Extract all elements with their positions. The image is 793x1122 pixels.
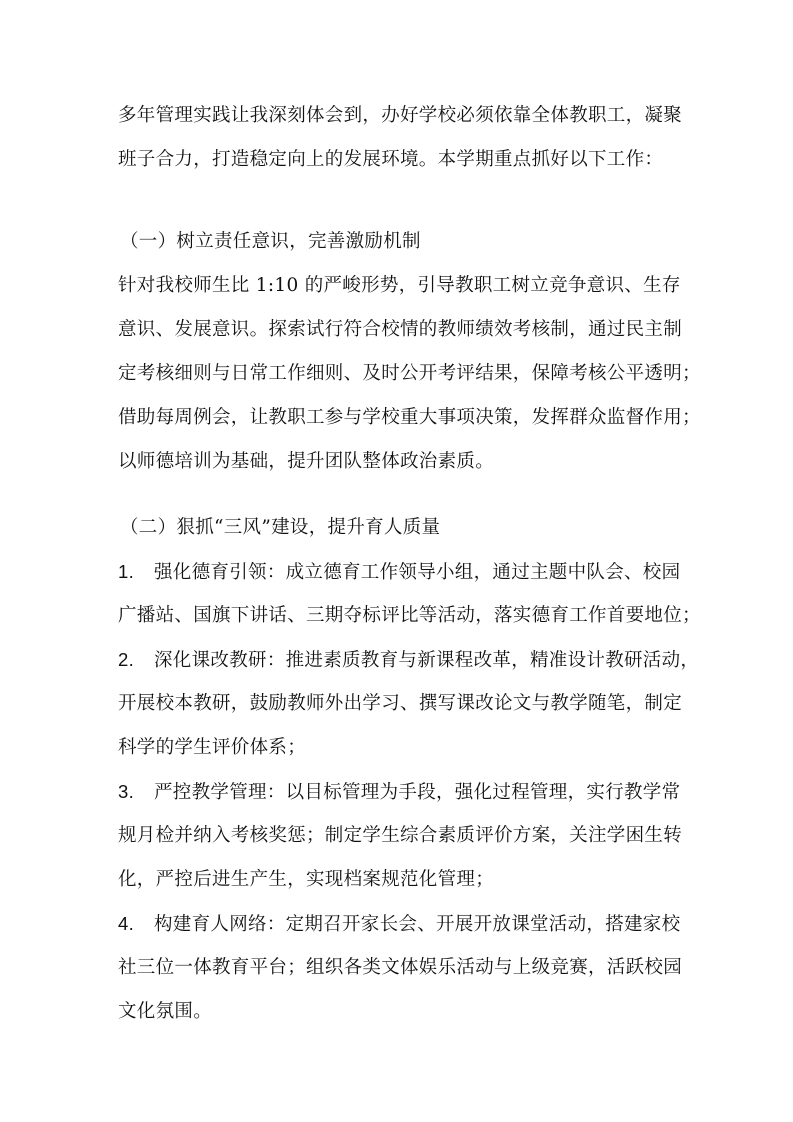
intro-line-1: 多年管理实践让我深刻体会到，办好学校必须依靠全体教职工，凝聚	[118, 104, 678, 128]
list-item-1-line-2: 广播站、国旗下讲话、三期夺标评比等活动，落实德育工作首要地位；	[118, 604, 678, 628]
section-1-heading: （一）树立责任意识，完善激励机制	[120, 230, 680, 254]
document-page: 多年管理实践让我深刻体会到，办好学校必须依靠全体教职工，凝聚 班子合力，打造稳定…	[0, 0, 793, 1122]
list-item-2-number: 2.	[118, 648, 154, 672]
list-item-4-number: 4.	[118, 912, 154, 936]
list-item-2-text-1: 深化课改教研：推进素质教育与新课程改革，精准设计教研活动，	[154, 650, 699, 671]
list-item-3-line-2: 规月检并纳入考核奖惩；制定学生综合素质评价方案，关注学困生转	[118, 824, 678, 848]
list-item-3-first-line: 3.严控教学管理：以目标管理为手段，强化过程管理，实行教学常	[118, 780, 678, 805]
section-1-line-1: 针对我校师生比 1:10 的严峻形势，引导教职工树立竞争意识、生存	[118, 274, 678, 298]
list-item-2-line-2: 开展校本教研，鼓励教师外出学习、撰写课改论文与教学随笔，制定	[118, 692, 678, 716]
list-item-4-line-3: 文化氛围。	[118, 1000, 678, 1024]
list-item-1-first-line: 1.强化德育引领：成立德育工作领导小组，通过主题中队会、校园	[118, 560, 678, 585]
list-item-4-text-1: 构建育人网络：定期召开家长会、开展开放课堂活动，搭建家校	[154, 914, 680, 935]
list-item-2-line-3: 科学的学生评价体系；	[118, 736, 678, 760]
list-item-1-text-1: 强化德育引领：成立德育工作领导小组，通过主题中队会、校园	[154, 562, 680, 583]
section-2-heading: （二）狠抓“三风”建设，提升育人质量	[120, 516, 680, 540]
list-item-3-text-1: 严控教学管理：以目标管理为手段，强化过程管理，实行教学常	[154, 782, 680, 803]
section-1-line-4: 借助每周例会，让教职工参与学校重大事项决策，发挥群众监督作用；	[118, 406, 678, 430]
section-1-line-3: 定考核细则与日常工作细则、及时公开考评结果，保障考核公平透明；	[118, 362, 678, 386]
list-item-2-first-line: 2.深化课改教研：推进素质教育与新课程改革，精准设计教研活动，	[118, 648, 678, 673]
list-item-3-number: 3.	[118, 780, 154, 804]
intro-line-2: 班子合力，打造稳定向上的发展环境。本学期重点抓好以下工作：	[118, 148, 678, 172]
list-item-1-number: 1.	[118, 560, 154, 584]
list-item-4-line-2: 社三位一体教育平台；组织各类文体娱乐活动与上级竞赛，活跃校园	[118, 956, 678, 980]
list-item-4-first-line: 4.构建育人网络：定期召开家长会、开展开放课堂活动，搭建家校	[118, 912, 678, 937]
list-item-3-line-3: 化，严控后进生产生，实现档案规范化管理；	[118, 868, 678, 892]
section-1-line-5: 以师德培训为基础，提升团队整体政治素质。	[118, 450, 678, 474]
section-1-line-2: 意识、发展意识。探索试行符合校情的教师绩效考核制，通过民主制	[118, 318, 678, 342]
